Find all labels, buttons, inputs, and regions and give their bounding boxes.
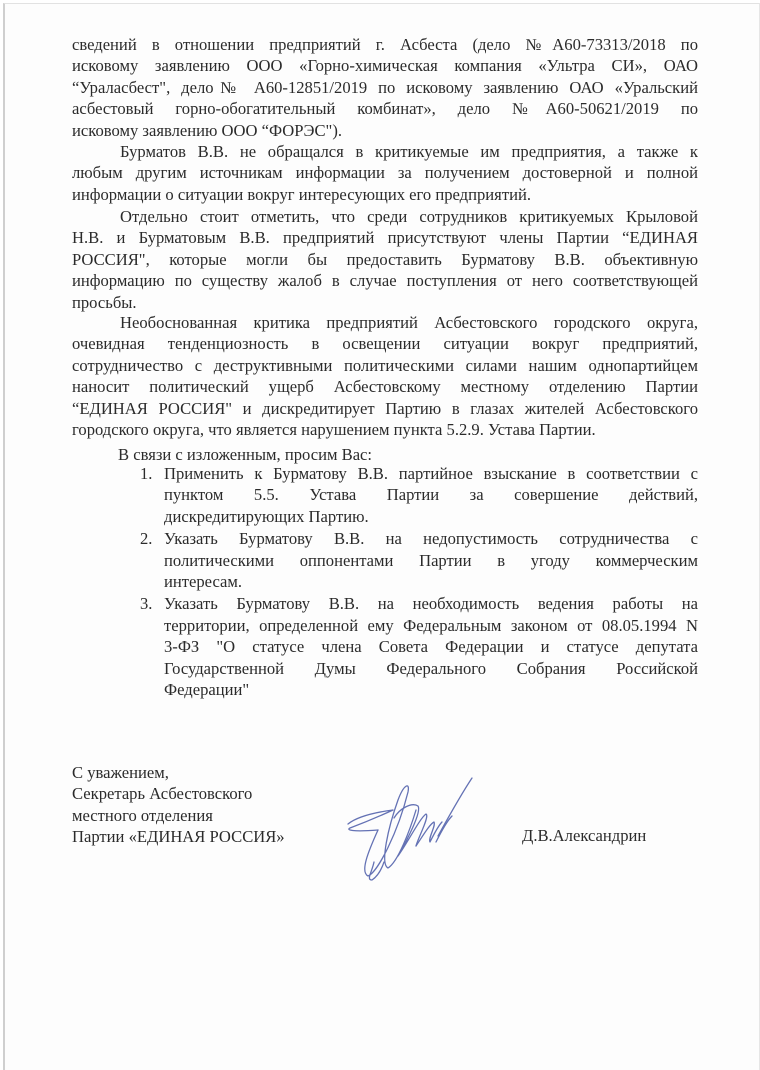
text-line: очевидная тенденциозность в освещении си… (72, 333, 698, 354)
text-line: “ЕДИНАЯ РОССИЯ" и дискредитирует Партию … (72, 398, 698, 419)
text-line: “Ураласбест", дело№ А60-12851/2019 по ис… (72, 77, 698, 98)
handwritten-signature-icon (338, 772, 478, 882)
text-line: любым другим источникам информации за по… (72, 162, 698, 183)
text-line: исковому заявлению ООО «Горно-химическая… (72, 55, 698, 76)
request-item-3: 3. Указать Бурматову В.В. на необходимос… (140, 593, 698, 700)
closing-block: С уважением, Секретарь Асбестовского мес… (72, 762, 285, 848)
text-line: Указать Бурматову В.В. на недопустимость… (164, 528, 698, 549)
text-line: Указать Бурматову В.В. на необходимость … (164, 593, 698, 614)
paragraph-criticism: Необоснованная критика предприятий Асбес… (72, 312, 698, 440)
signer-title-line: Секретарь Асбестовского (72, 783, 285, 804)
text-line: Федерации" (164, 679, 698, 700)
item-number: 3. (140, 593, 152, 614)
text-line: сотрудничество с деструктивными политиче… (72, 355, 698, 376)
text-line: городского округа, что является нарушени… (72, 419, 698, 440)
text-line: пунктом 5.5. Устава Партии за совершение… (164, 484, 698, 505)
text-line: 3-ФЗ "О статусе члена Совета Федерации и… (164, 636, 698, 657)
text-line: Н.В. и Бурматовым В.В. предприятий прису… (72, 227, 698, 248)
signer-title-line: местного отделения (72, 805, 285, 826)
text-line: Отдельно стоит отметить, что среди сотру… (72, 206, 698, 227)
text-line: просьбы. (72, 292, 698, 313)
text-line: наносит политический ущерб Асбестовскому… (72, 376, 698, 397)
closing-greeting: С уважением, (72, 762, 285, 783)
request-item-2: 2. Указать Бурматову В.В. на недопустимо… (140, 528, 698, 592)
text-line: Применить к Бурматову В.В. партийное взы… (164, 463, 698, 484)
text-line: РОССИЯ", которые могли бы предоставить Б… (72, 249, 698, 270)
text-line: Необоснованная критика предприятий Асбес… (72, 312, 698, 333)
text-line: политическими оппонентами Партии в угоду… (164, 550, 698, 571)
paragraph-court-cases: сведений в отношении предприятий г. Асбе… (72, 34, 698, 141)
signer-title-line: Партии «ЕДИНАЯ РОССИЯ» (72, 826, 285, 847)
item-number: 2. (140, 528, 152, 549)
text-line: информации о ситуации вокруг интересующи… (72, 184, 698, 205)
paragraph-party-members: Отдельно стоит отметить, что среди сотру… (72, 206, 698, 313)
text-line: интересам. (164, 571, 698, 592)
item-number: 1. (140, 463, 152, 484)
text-line: сведений в отношении предприятий г. Асбе… (72, 34, 698, 55)
request-intro: В связи с изложенным, просим Вас: (118, 445, 372, 465)
text-line: информацию по существу жалоб в случае по… (72, 270, 698, 291)
paragraph-no-contact: Бурматов В.В. не обращался в критикуемые… (72, 141, 698, 205)
text-line: исковому заявлению ООО “ФОРЭС"). (72, 120, 698, 141)
text-line: Государственной Думы Федерального Собран… (164, 658, 698, 679)
request-list: 1. Применить к Бурматову В.В. партийное … (140, 463, 698, 701)
text-line: асбестовый горно-обогатительный комбинат… (72, 98, 698, 119)
signer-name: Д.В.Александрин (522, 826, 646, 846)
request-item-1: 1. Применить к Бурматову В.В. партийное … (140, 463, 698, 527)
text-line: территории, определенной ему Федеральным… (164, 615, 698, 636)
text-line: дискредитирующих Партию. (164, 506, 698, 527)
text-line: Бурматов В.В. не обращался в критикуемые… (72, 141, 698, 162)
